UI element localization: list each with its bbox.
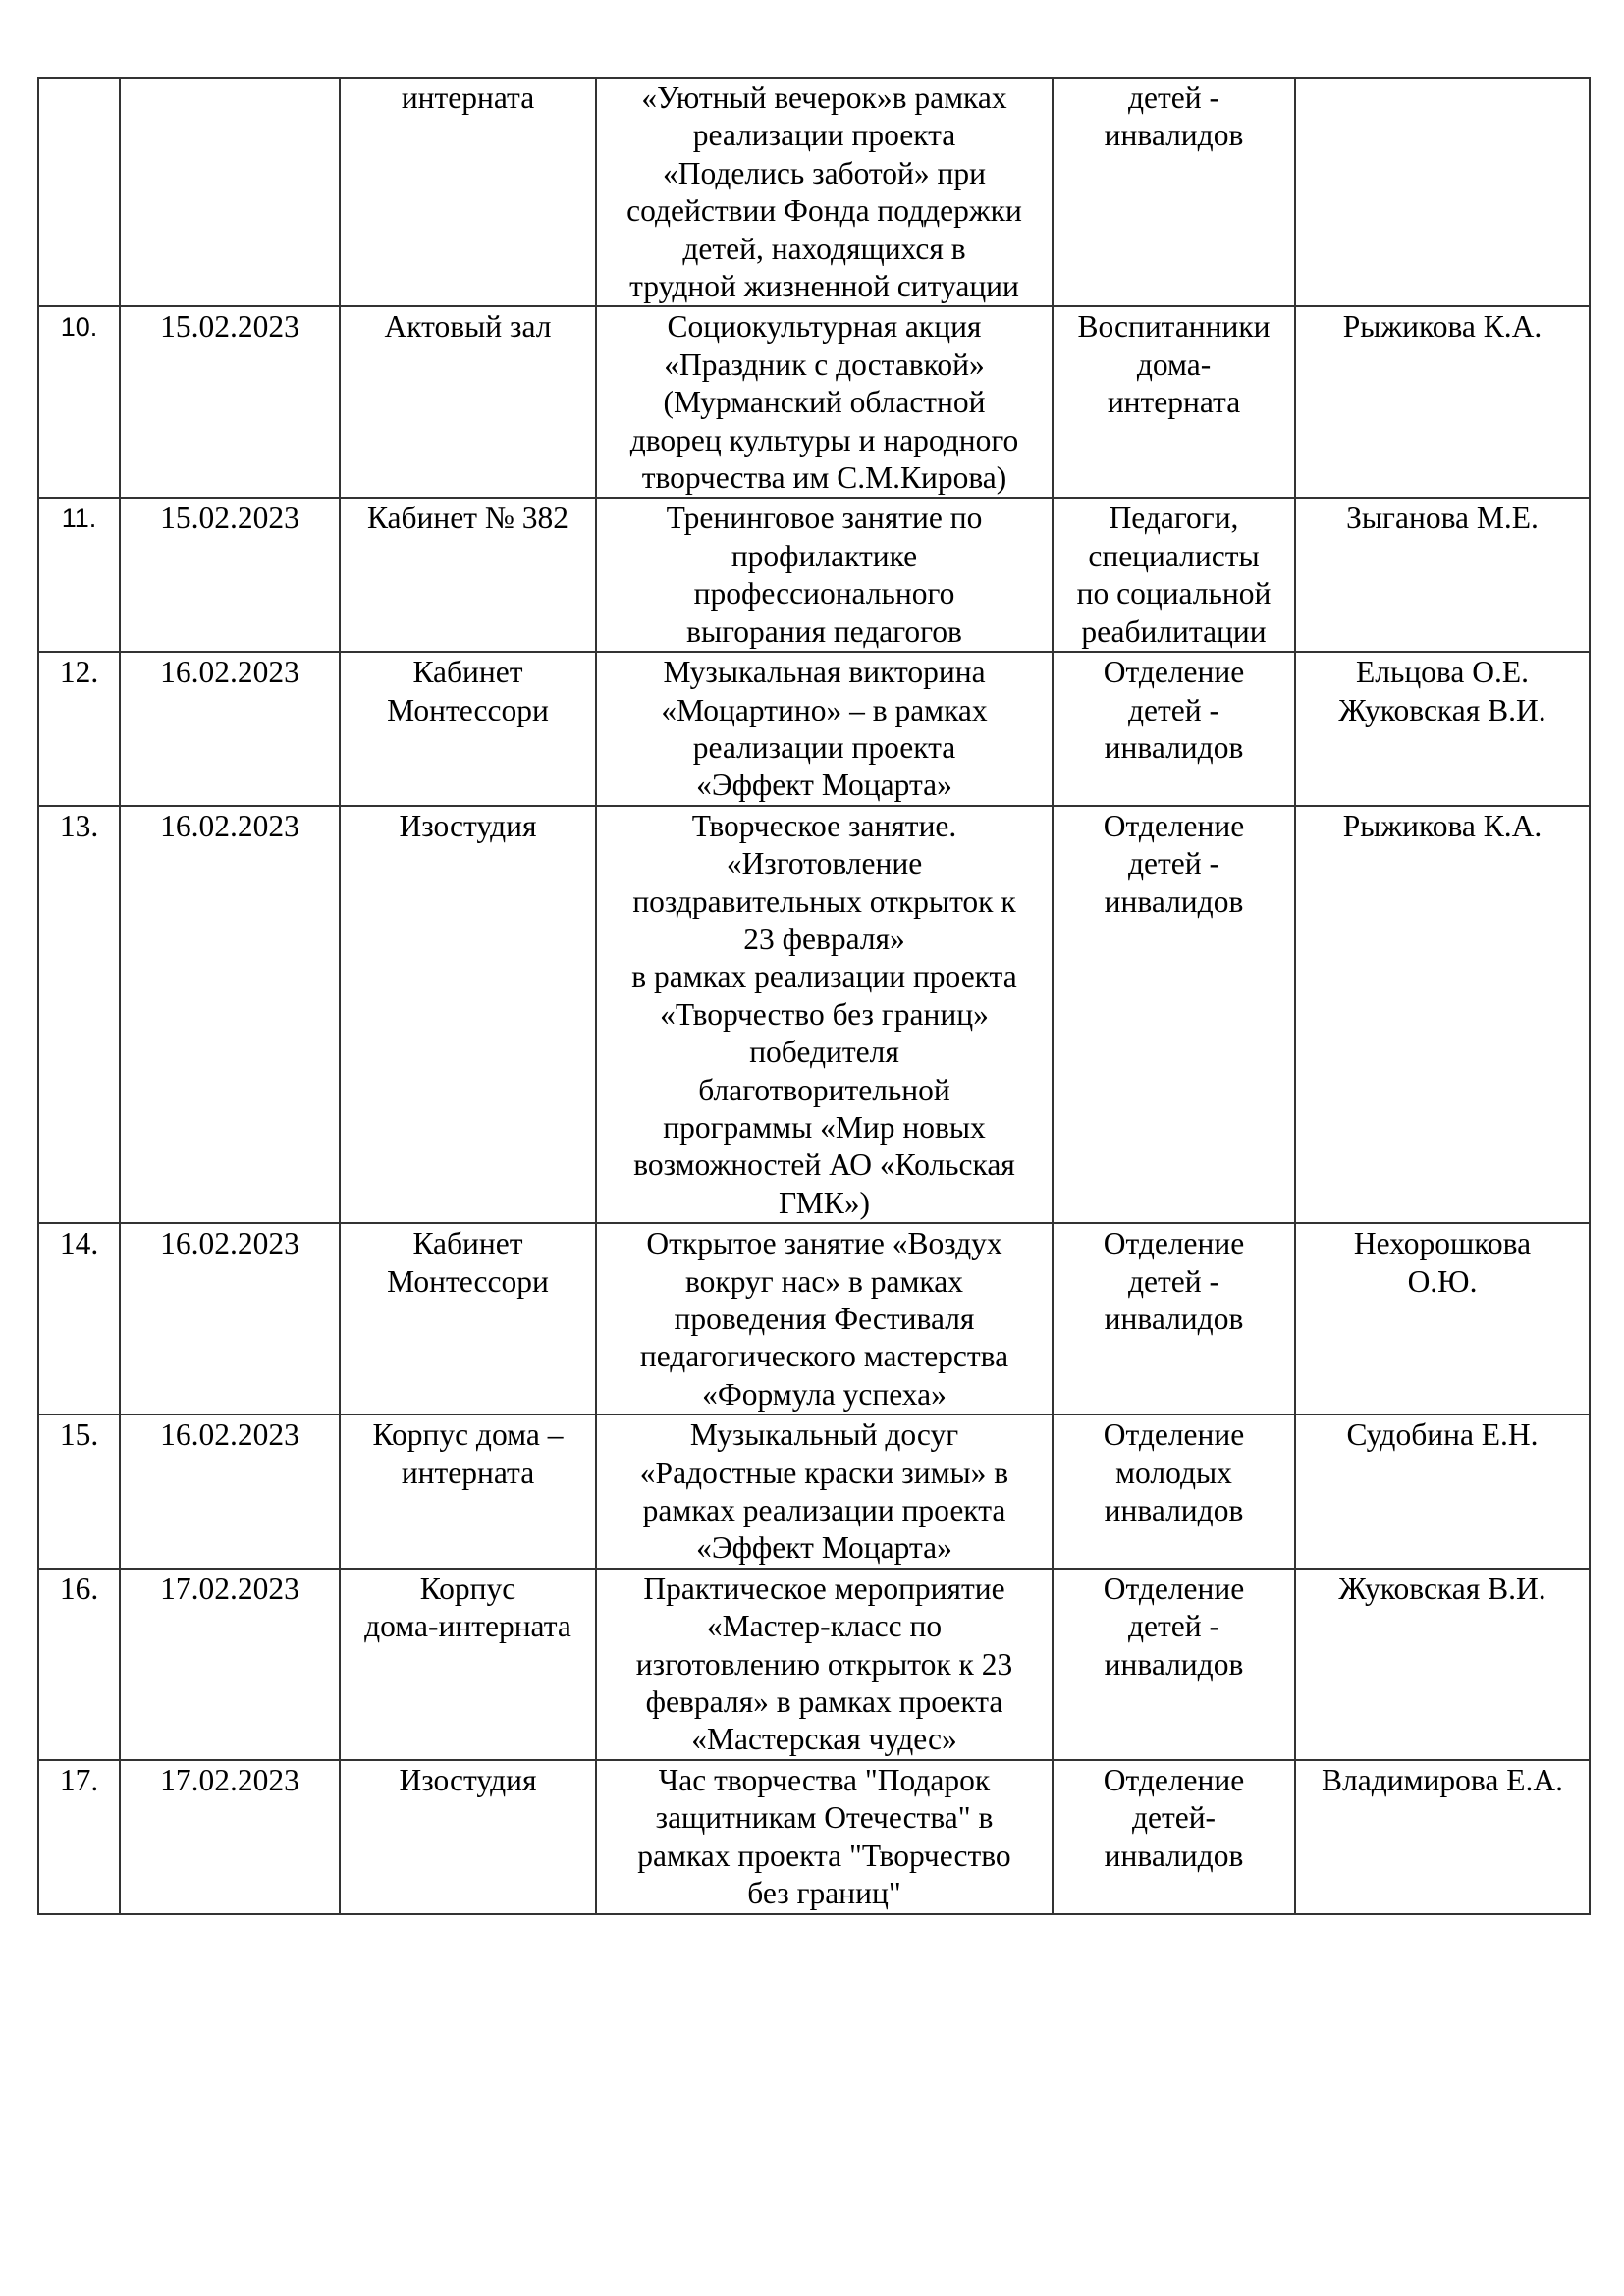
event-participants: Отделение детей - инвалидов <box>1053 1223 1295 1415</box>
event-date: 16.02.2023 <box>120 1223 340 1415</box>
row-number: 17. <box>38 1760 120 1914</box>
event-date: 16.02.2023 <box>120 806 340 1223</box>
event-participants: детей - инвалидов <box>1053 78 1295 306</box>
event-date: 16.02.2023 <box>120 1415 340 1569</box>
row-number: 14. <box>38 1223 120 1415</box>
event-description: Тренинговое занятие по профилактике проф… <box>596 498 1053 652</box>
row-number: 12. <box>38 652 120 806</box>
event-participants: Отделение детей - инвалидов <box>1053 1569 1295 1760</box>
row-number: 15. <box>38 1415 120 1569</box>
table-row: 13. 16.02.2023 Изостудия Творческое заня… <box>38 806 1590 1223</box>
event-place: Актовый зал <box>340 306 596 498</box>
event-place: интерната <box>340 78 596 306</box>
event-date <box>120 78 340 306</box>
event-description: Социокультурная акция «Праздник с достав… <box>596 306 1053 498</box>
event-responsible: Судобина Е.Н. <box>1295 1415 1590 1569</box>
event-responsible: Рыжикова К.А. <box>1295 806 1590 1223</box>
event-description: Музыкальный досуг «Радостные краски зимы… <box>596 1415 1053 1569</box>
event-participants: Воспитанники дома- интерната <box>1053 306 1295 498</box>
event-place: Кабинет Монтессори <box>340 1223 596 1415</box>
table-row: 10. 15.02.2023 Актовый зал Социокультурн… <box>38 306 1590 498</box>
document-page: интерната «Уютный вечерок»в рамках реали… <box>0 0 1624 2296</box>
event-description: Творческое занятие. «Изготовление поздра… <box>596 806 1053 1223</box>
table-row: 12. 16.02.2023 Кабинет Монтессори Музыка… <box>38 652 1590 806</box>
event-responsible: Рыжикова К.А. <box>1295 306 1590 498</box>
row-number: 16. <box>38 1569 120 1760</box>
table-row: 17. 17.02.2023 Изостудия Час творчества … <box>38 1760 1590 1914</box>
event-participants: Отделение детей - инвалидов <box>1053 652 1295 806</box>
event-participants: Отделение детей - инвалидов <box>1053 806 1295 1223</box>
event-responsible: Владимирова Е.А. <box>1295 1760 1590 1914</box>
event-description: Практическое мероприятие «Мастер-класс п… <box>596 1569 1053 1760</box>
row-number: 10. <box>38 306 120 498</box>
row-number: 13. <box>38 806 120 1223</box>
event-place: Корпус дома – интерната <box>340 1415 596 1569</box>
event-responsible: Ельцова О.Е. Жуковская В.И. <box>1295 652 1590 806</box>
table-row: 16. 17.02.2023 Корпус дома-интерната Пра… <box>38 1569 1590 1760</box>
table-row: 15. 16.02.2023 Корпус дома – интерната М… <box>38 1415 1590 1569</box>
event-date: 15.02.2023 <box>120 498 340 652</box>
row-number: 11. <box>38 498 120 652</box>
table-row: 14. 16.02.2023 Кабинет Монтессори Открыт… <box>38 1223 1590 1415</box>
event-date: 15.02.2023 <box>120 306 340 498</box>
event-participants: Отделение молодых инвалидов <box>1053 1415 1295 1569</box>
event-place: Кабинет Монтессори <box>340 652 596 806</box>
event-description: Час творчества "Подарок защитникам Отече… <box>596 1760 1053 1914</box>
event-responsible: Жуковская В.И. <box>1295 1569 1590 1760</box>
table-row: 11. 15.02.2023 Кабинет № 382 Тренинговое… <box>38 498 1590 652</box>
event-responsible: Нехорошкова О.Ю. <box>1295 1223 1590 1415</box>
event-date: 17.02.2023 <box>120 1760 340 1914</box>
event-place: Кабинет № 382 <box>340 498 596 652</box>
event-responsible: Зыганова М.Е. <box>1295 498 1590 652</box>
event-date: 16.02.2023 <box>120 652 340 806</box>
event-responsible <box>1295 78 1590 306</box>
row-number <box>38 78 120 306</box>
event-date: 17.02.2023 <box>120 1569 340 1760</box>
event-participants: Педагоги, специалисты по социальной реаб… <box>1053 498 1295 652</box>
event-description: «Уютный вечерок»в рамках реализации прое… <box>596 78 1053 306</box>
event-place: Изостудия <box>340 806 596 1223</box>
events-table: интерната «Уютный вечерок»в рамках реали… <box>37 77 1591 1915</box>
event-description: Открытое занятие «Воздух вокруг нас» в р… <box>596 1223 1053 1415</box>
event-place: Изостудия <box>340 1760 596 1914</box>
event-participants: Отделение детей- инвалидов <box>1053 1760 1295 1914</box>
event-place: Корпус дома-интерната <box>340 1569 596 1760</box>
table-row: интерната «Уютный вечерок»в рамках реали… <box>38 78 1590 306</box>
event-description: Музыкальная викторина «Моцартино» – в ра… <box>596 652 1053 806</box>
